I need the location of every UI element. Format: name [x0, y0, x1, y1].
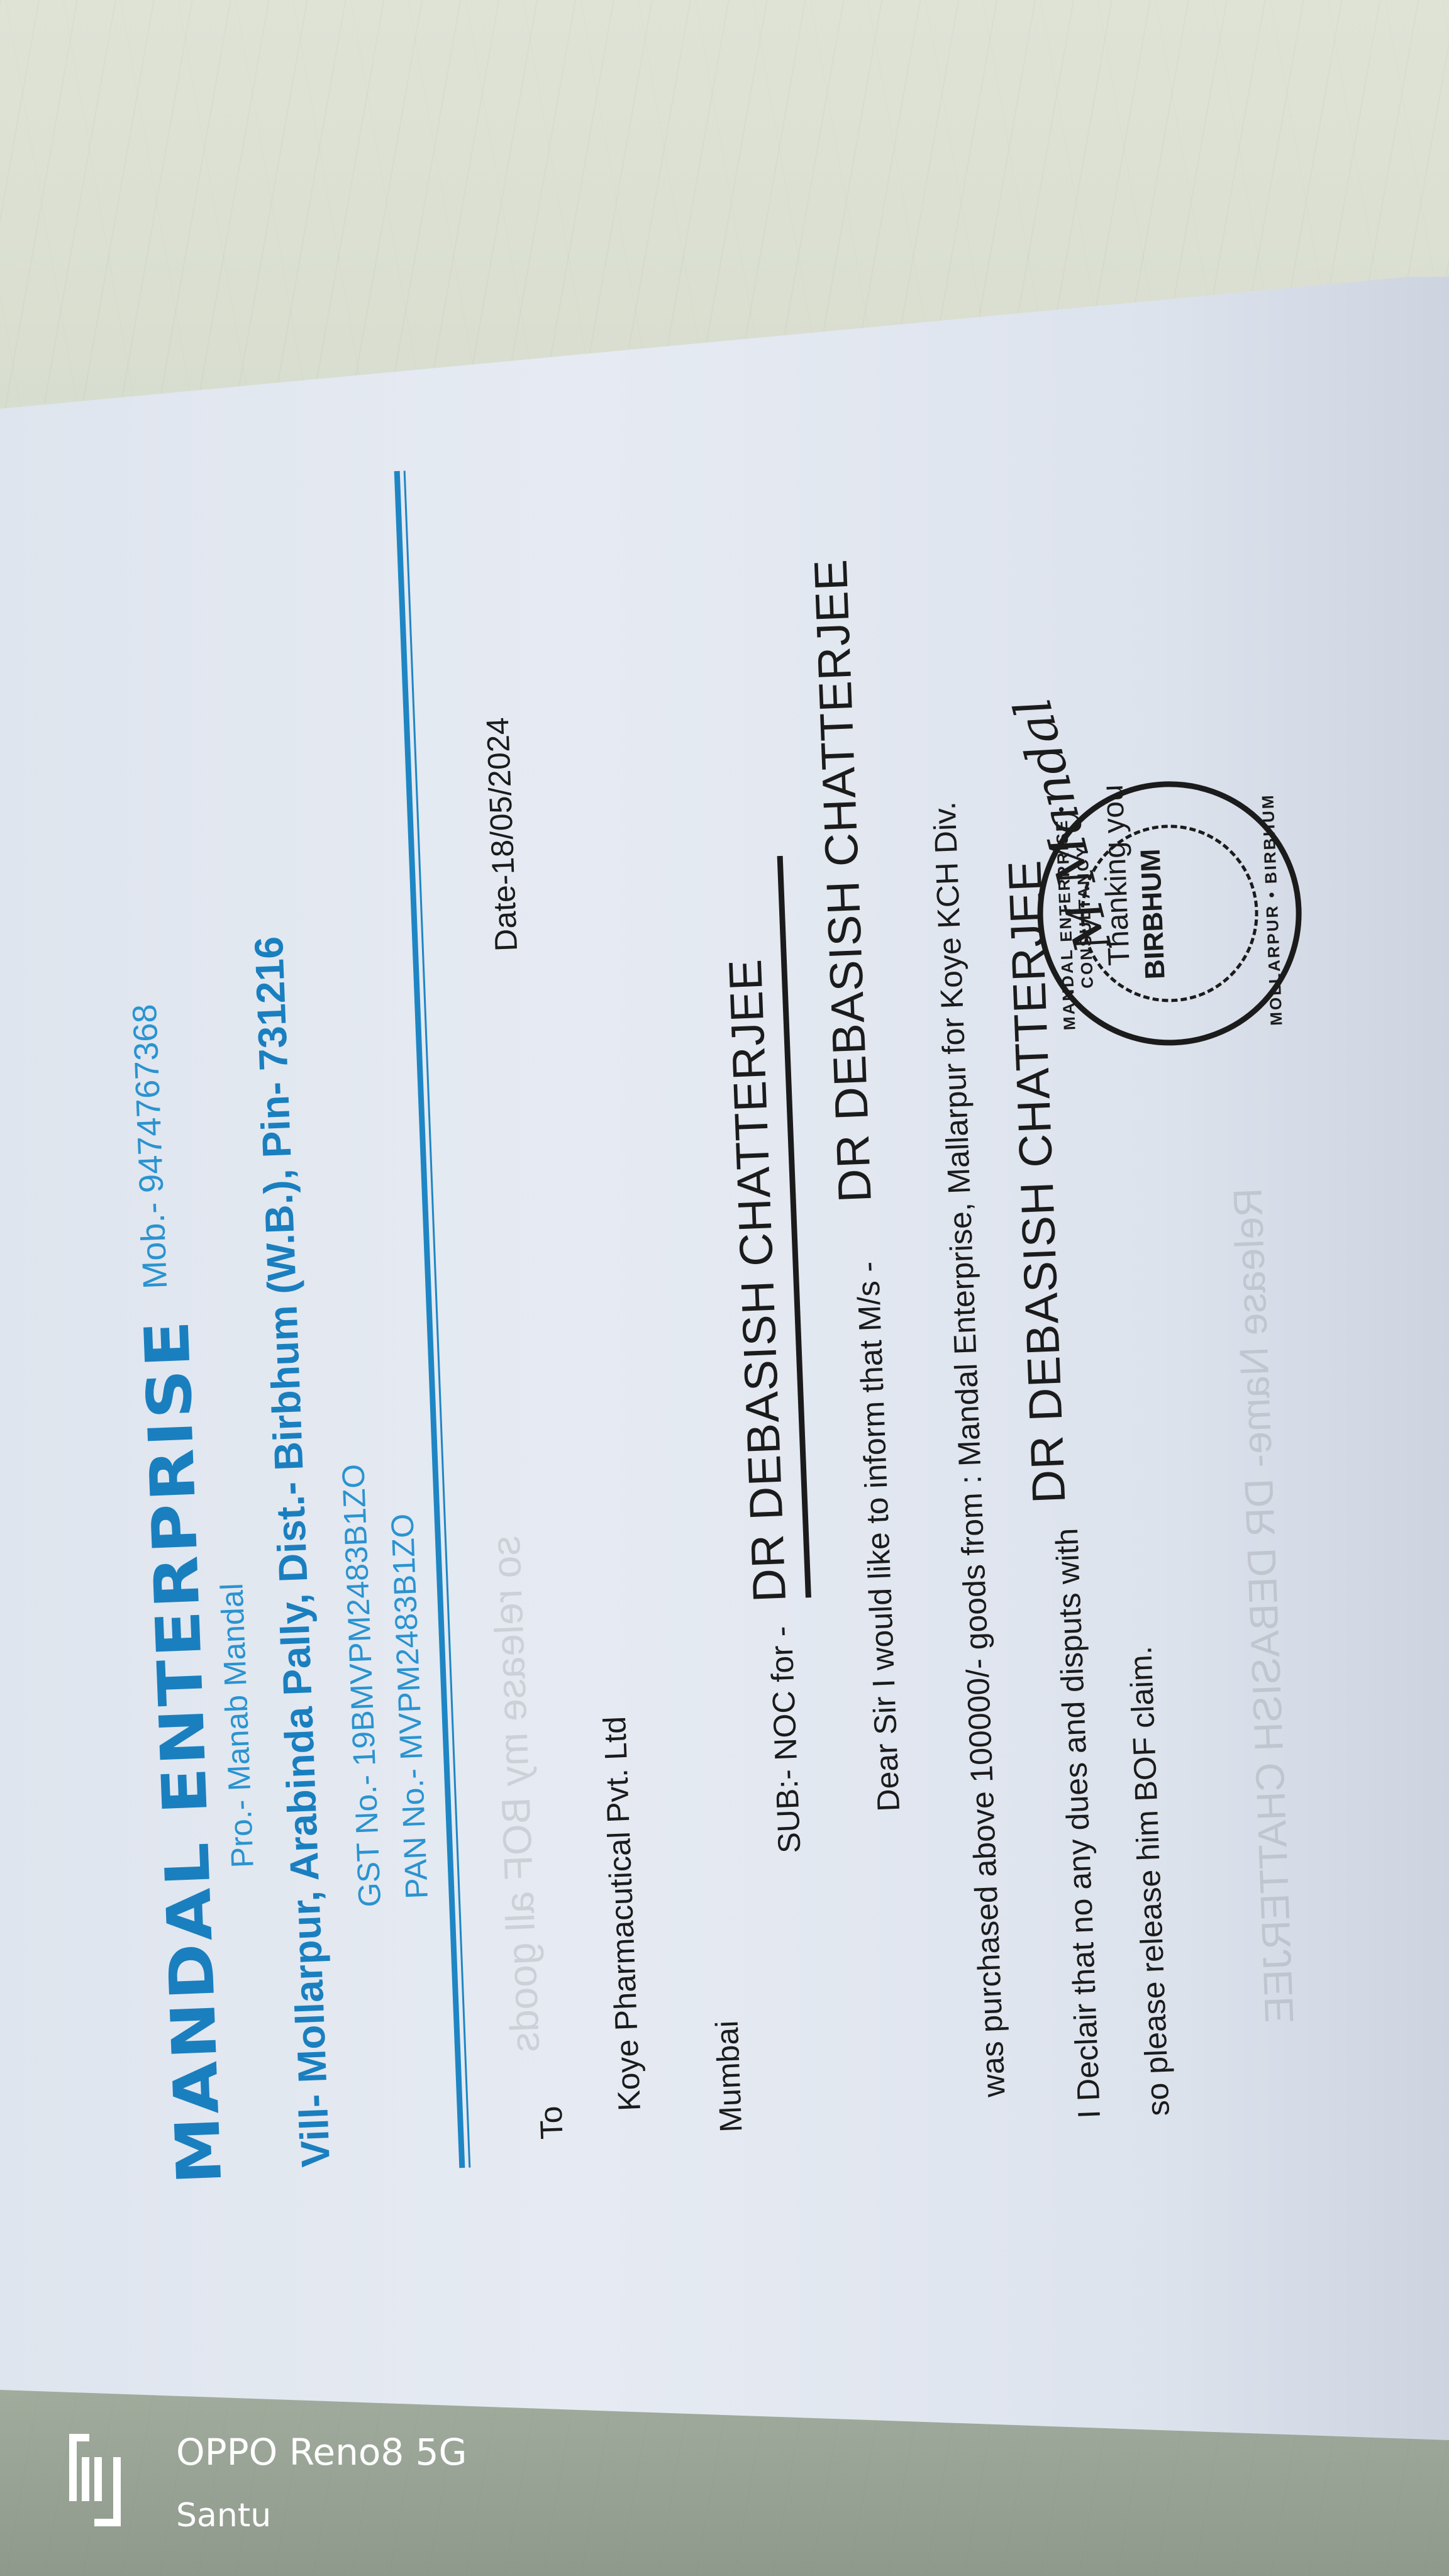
header-divider-thin — [404, 471, 471, 2168]
device-name: OPPO Reno8 5G — [176, 2431, 467, 2473]
recipient-city: Mumbai — [709, 2020, 750, 2133]
pan-number: PAN No.- MVPM2483B1ZO — [384, 1513, 435, 1900]
body-line-1-name: DR DEBASISH CHATTERJEE — [804, 558, 882, 1203]
mobile-number: Mob.- 9474767368 — [125, 1004, 175, 1290]
body-line-2: was purchased above 100000/- goods from … — [926, 801, 1013, 2098]
header-divider — [394, 471, 465, 2168]
photographer-name: Santu — [176, 2497, 271, 2534]
to-label: To — [533, 2106, 570, 2140]
seal-ring-bottom-text: MOLLARPUR • BIRBHUM — [1258, 783, 1287, 1036]
recipient-company: Koye Pharmacutical Pvt. Ltd — [596, 1716, 648, 2112]
bleed-through-text: so release my BOF all goods — [482, 1535, 548, 2053]
body-line-4: so please release him BOF claim. — [1122, 1645, 1177, 2116]
gst-number: GST No.- 19BMVPM2483B1ZO — [335, 1463, 388, 1908]
body-line-1: Dear Sir I would like to inform that M/s… — [849, 1261, 907, 1813]
letter-date: Date-18/05/2024 — [479, 717, 525, 952]
company-address: Vill- Mollarpur, Arabinda Pally, Dist.- … — [245, 936, 339, 2168]
body-line-3: I Declair that no any dues and disputs w… — [1048, 1528, 1108, 2119]
bleed-through-text: Release Name- DR DEBASISH CHATTERJEE — [1224, 1187, 1302, 2024]
subject-prefix: SUB:- NOC for - — [763, 1626, 808, 1854]
letter-document: MANDAL ENTERPRISE Mob.- 9474767368 Pro.-… — [0, 320, 1449, 2258]
oppo-logo-icon — [69, 2434, 132, 2528]
